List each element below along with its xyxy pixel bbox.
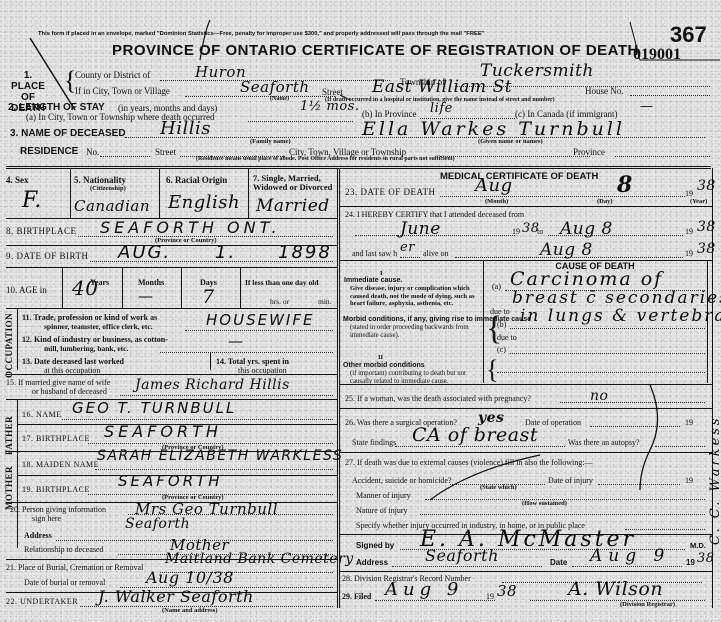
pen-strokes [0, 0, 721, 622]
death-certificate: This form if placed in an envelope, mark… [0, 0, 721, 622]
